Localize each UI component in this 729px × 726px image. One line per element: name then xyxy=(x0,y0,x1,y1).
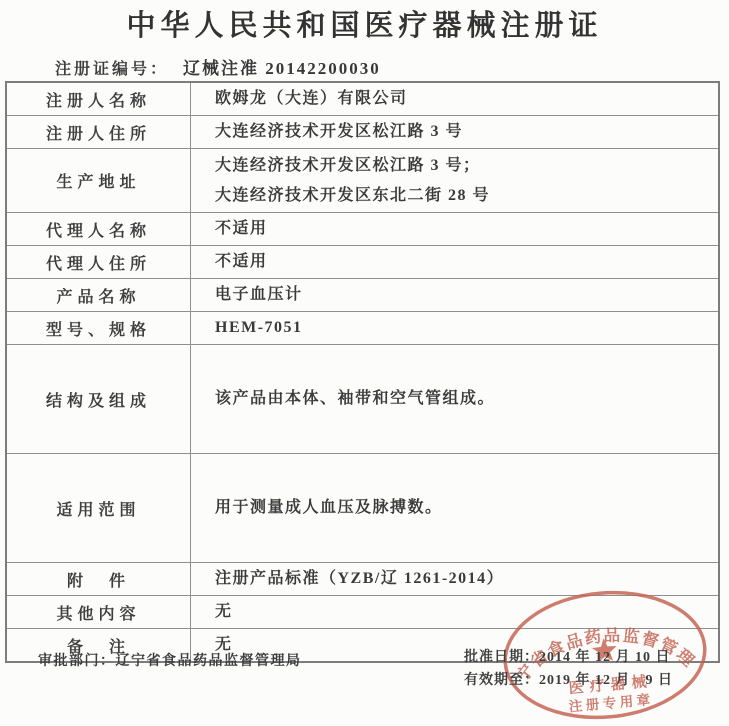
field-value: 注册产品标准（YZB/辽 1261-2014） xyxy=(191,563,718,595)
certificate-table: 注册人名称欧姆龙（大连）有限公司注册人住所大连经济技术开发区松江路 3 号生产地… xyxy=(5,81,720,663)
field-value: 无 xyxy=(191,596,718,628)
valid-until-value: 2019 年 12 月 9 日 xyxy=(539,673,673,688)
certificate-document: 中华人民共和国医疗器械注册证 注册证编号：辽械注准 20142200030 注册… xyxy=(0,0,729,726)
field-label: 附 件 xyxy=(7,563,191,595)
stamp-line2: 注册专用章 xyxy=(568,691,654,714)
field-value: HEM-7051 xyxy=(191,312,718,344)
field-value: 电子血压计 xyxy=(191,279,718,311)
approve-date-line: 批准日期：2014 年 12 月 10 日 xyxy=(464,646,673,669)
field-value: 不适用 xyxy=(191,246,718,278)
field-label: 注册人住所 xyxy=(7,116,191,148)
table-row: 型号、规格HEM-7051 xyxy=(7,312,718,345)
dates-block: 批准日期：2014 年 12 月 10 日 有效期至：2019 年 12 月 9… xyxy=(464,646,673,692)
field-value: 大连经济技术开发区松江路 3 号 xyxy=(191,116,718,148)
approve-date-value: 2014 年 12 月 10 日 xyxy=(539,650,671,665)
registration-number-label: 注册证编号： xyxy=(55,61,169,78)
field-value: 不适用 xyxy=(191,213,718,245)
approve-date-label: 批准日期： xyxy=(464,650,539,665)
field-value-line: 大连经济技术开发区松江路 3 号； xyxy=(215,151,718,181)
field-value-line: 该产品由本体、袖带和空气管组成。 xyxy=(215,384,718,414)
field-label: 型号、规格 xyxy=(7,312,191,344)
registration-number-line: 注册证编号：辽械注准 20142200030 xyxy=(55,54,381,79)
field-value: 用于测量成人血压及脉搏数。 xyxy=(191,454,718,562)
field-label: 代理人住所 xyxy=(7,246,191,278)
valid-until-label: 有效期至： xyxy=(464,673,539,688)
field-value-line: 无 xyxy=(215,597,718,627)
registration-number-value: 辽械注准 20142200030 xyxy=(183,59,381,78)
field-value-line: 不适用 xyxy=(215,247,718,277)
table-row: 注册人名称欧姆龙（大连）有限公司 xyxy=(7,83,718,116)
table-row: 生产地址大连经济技术开发区松江路 3 号；大连经济技术开发区东北二街 28 号 xyxy=(7,149,718,213)
field-value: 大连经济技术开发区松江路 3 号；大连经济技术开发区东北二街 28 号 xyxy=(191,149,718,212)
field-value-line: 电子血压计 xyxy=(215,280,718,310)
approval-department-value: 辽宁省食品药品监督管理局 xyxy=(116,654,302,669)
field-value-line: 欧姆龙（大连）有限公司 xyxy=(215,84,718,114)
table-row: 其他内容无 xyxy=(7,596,718,629)
valid-until-line: 有效期至：2019 年 12 月 9 日 xyxy=(464,669,673,692)
field-value: 欧姆龙（大连）有限公司 xyxy=(191,83,718,115)
table-row: 适用范围用于测量成人血压及脉搏数。 xyxy=(7,454,718,563)
table-row: 代理人名称不适用 xyxy=(7,213,718,246)
field-value: 该产品由本体、袖带和空气管组成。 xyxy=(191,345,718,453)
field-value-line: 注册产品标准（YZB/辽 1261-2014） xyxy=(215,564,718,594)
table-row: 结构及组成该产品由本体、袖带和空气管组成。 xyxy=(7,345,718,454)
field-label: 注册人名称 xyxy=(7,83,191,115)
field-label: 产品名称 xyxy=(7,279,191,311)
page-title: 中华人民共和国医疗器械注册证 xyxy=(0,3,729,44)
field-label: 其他内容 xyxy=(7,596,191,628)
field-value-line: 大连经济技术开发区东北二街 28 号 xyxy=(215,181,718,211)
field-label: 代理人名称 xyxy=(7,213,191,245)
field-value-line: 不适用 xyxy=(215,214,718,244)
field-label: 适用范围 xyxy=(7,454,191,562)
approval-department-line: 审批部门：辽宁省食品药品监督管理局 xyxy=(38,650,302,670)
table-row: 注册人住所大连经济技术开发区松江路 3 号 xyxy=(7,116,718,149)
field-label: 结构及组成 xyxy=(7,345,191,453)
approval-department-label: 审批部门： xyxy=(38,654,116,669)
field-value-line: 大连经济技术开发区松江路 3 号 xyxy=(215,117,718,147)
field-label: 生产地址 xyxy=(7,149,191,212)
table-row: 产品名称电子血压计 xyxy=(7,279,718,312)
table-row: 代理人住所不适用 xyxy=(7,246,718,279)
table-row: 附 件注册产品标准（YZB/辽 1261-2014） xyxy=(7,563,718,596)
field-value-line: HEM-7051 xyxy=(215,313,718,343)
field-value-line: 用于测量成人血压及脉搏数。 xyxy=(215,493,718,523)
